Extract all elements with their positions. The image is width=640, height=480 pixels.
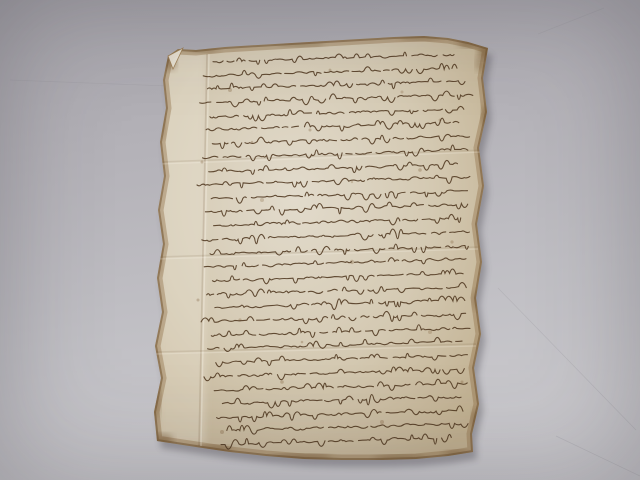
foxing-spot xyxy=(380,420,384,424)
foxing-spot xyxy=(351,181,353,183)
foxing-spot xyxy=(450,240,453,243)
manuscript-photo xyxy=(0,0,640,480)
stain-blotch xyxy=(190,46,218,52)
backdrop-scratch xyxy=(498,288,636,430)
foxing-spot xyxy=(309,129,312,132)
stain-blotch xyxy=(152,387,160,417)
backdrop-scratch xyxy=(10,80,168,86)
stain-blotch xyxy=(458,39,482,47)
backdrop-scratch xyxy=(556,436,640,476)
stain-blotch xyxy=(156,226,162,274)
foxing-spot xyxy=(280,380,284,384)
stain-blotch xyxy=(276,40,324,46)
foxing-spot xyxy=(260,198,264,202)
foxing-spot xyxy=(428,330,432,334)
foxing-spot xyxy=(197,299,200,302)
photo-backdrop: Photograph of a single aged manuscript p… xyxy=(0,0,640,480)
foxing-spot xyxy=(418,168,422,172)
stain-blotch xyxy=(400,34,440,40)
stain-blotch xyxy=(476,57,484,71)
foxing-spot xyxy=(401,91,404,94)
foxing-spot xyxy=(201,161,204,164)
foxing-spot xyxy=(220,430,224,434)
foxing-spot xyxy=(301,341,304,344)
backdrop-scratch xyxy=(538,8,604,34)
foxing-spot xyxy=(461,381,464,384)
stain-blotch xyxy=(159,104,165,140)
